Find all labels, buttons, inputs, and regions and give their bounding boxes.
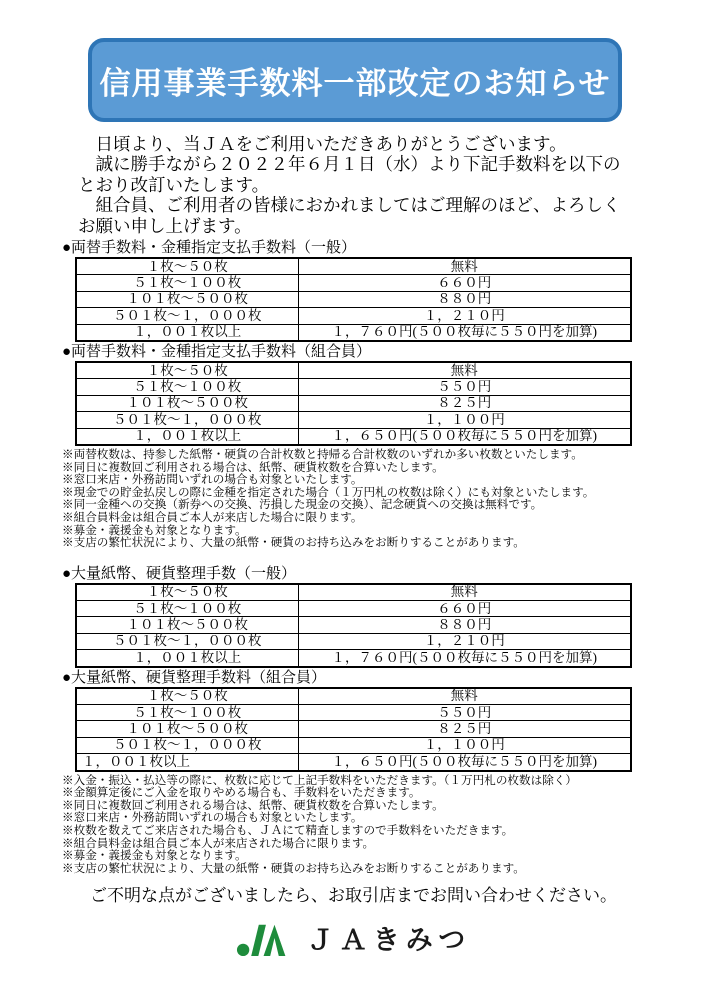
intro-line: 組合員、ご利用者の皆様におかれましてはご理解のほど、よろしく xyxy=(78,195,707,215)
intro-line: お願い申し上げます。 xyxy=(78,216,707,236)
fee-cell: １，２１０円 xyxy=(298,308,631,324)
range-cell: １０１枚～５００枚 xyxy=(76,721,298,737)
range-cell: １，００１枚以上 xyxy=(76,650,298,667)
range-cell: ５０１枚～１，０００枚 xyxy=(76,412,298,428)
intro-line: 日頃より、当ＪＡをご利用いただきありがとうございます。 xyxy=(78,134,707,154)
range-cell: １枚～５０枚 xyxy=(76,688,298,705)
fee-cell: １，６５０円(５００枚毎に５５０円を加算) xyxy=(298,754,631,771)
section-heading-exchange-general: ●両替手数料・金種指定支払手数料（一般） xyxy=(62,240,707,256)
fee-cell: １，７６０円(５００枚毎に５５０円を加算) xyxy=(298,650,631,667)
fee-table-exchange-member: １枚～５０枚 無料 ５１枚～１００枚 ５５０円 １０１枚～５００枚 ８２５円 ５… xyxy=(75,361,632,446)
table-row: １，００１枚以上 １，６５０円(５００枚毎に５５０円を加算) xyxy=(76,428,631,445)
section-heading-bulk-general: ●大量紙幣、硬貨整理手数（一般） xyxy=(62,566,707,582)
notes-exchange: ※両替枚数は、持参した紙幣・硬貨の合計枚数と持帰る合計枚数のいずれか多い枚数とい… xyxy=(62,449,707,550)
range-cell: ５０１枚～１，０００枚 xyxy=(76,633,298,649)
fee-cell: １，２１０円 xyxy=(298,633,631,649)
fee-cell: 無料 xyxy=(298,584,631,601)
range-cell: １０１枚～５００枚 xyxy=(76,395,298,411)
fee-cell: １，７６０円(５００枚毎に５５０円を加算) xyxy=(298,324,631,341)
note-line: ※窓口来店・外務訪問いずれの場合も対象といたします。 xyxy=(62,474,707,487)
page-title: 信用事業手数料一部改定のお知らせ xyxy=(99,58,610,103)
table-row: １枚～５０枚 無料 xyxy=(76,362,631,379)
note-line: ※支店の繁忙状況により、大量の紙幣・硬貨のお持ち込みをお断りすることがあります。 xyxy=(62,537,707,550)
range-cell: １，００１枚以上 xyxy=(76,324,298,341)
fee-cell: 無料 xyxy=(298,362,631,379)
note-line: ※枚数を数えてご来店された場合も、ＪＡにて精査しますので手数料をいただきます。 xyxy=(62,825,707,838)
table-row: ５０１枚～１，０００枚 １，１００円 xyxy=(76,737,631,753)
range-cell: １枚～５０枚 xyxy=(76,584,298,601)
fee-cell: １，６５０円(５００枚毎に５５０円を加算) xyxy=(298,428,631,445)
closing-line: ご不明な点がございましたら、お取引店までお問い合わせください。 xyxy=(0,885,707,906)
note-line: ※両替枚数は、持参した紙幣・硬貨の合計枚数と持帰る合計枚数のいずれか多い枚数とい… xyxy=(62,449,707,462)
table-row: １枚～５０枚 無料 xyxy=(76,258,631,275)
table-row: １，００１枚以上 １，７６０円(５００枚毎に５５０円を加算) xyxy=(76,650,631,667)
fee-table-bulk-member: １枚～５０枚 無料 ５１枚～１００枚 ５５０円 １０１枚～５００枚 ８２５円 ５… xyxy=(75,687,632,772)
note-line: ※支店の繁忙状況により、大量の紙幣・硬貨のお持ち込みをお断りすることがあります。 xyxy=(62,863,707,876)
range-cell: １０１枚～５００枚 xyxy=(76,617,298,633)
table-row: １，００１枚以上 １，７６０円(５００枚毎に５５０円を加算) xyxy=(76,324,631,341)
note-line: ※金額算定後にご入金を取りやめる場合も、手数料をいただきます。 xyxy=(62,787,707,800)
fee-cell: 無料 xyxy=(298,688,631,705)
range-cell: ５０１枚～１，０００枚 xyxy=(76,308,298,324)
fee-cell: ６６０円 xyxy=(298,275,631,291)
range-cell: １０１枚～５００枚 xyxy=(76,291,298,307)
table-row: １０１枚～５００枚 ８８０円 xyxy=(76,291,631,307)
section-heading-exchange-member: ●両替手数料・金種指定支払手数料（組合員） xyxy=(62,344,707,360)
table-row: ５０１枚～１，０００枚 １，１００円 xyxy=(76,412,631,428)
fee-table-exchange-general: １枚～５０枚 無料 ５１枚～１００枚 ６６０円 １０１枚～５００枚 ８８０円 ５… xyxy=(75,257,632,342)
fee-cell: ５５０円 xyxy=(298,379,631,395)
range-cell: １枚～５０枚 xyxy=(76,258,298,275)
table-row: １枚～５０枚 無料 xyxy=(76,688,631,705)
document-page: 信用事業手数料一部改定のお知らせ 日頃より、当ＪＡをご利用いただきありがとうござ… xyxy=(0,0,707,1000)
range-cell: １，００１枚以上 xyxy=(76,754,298,771)
table-row: １０１枚～５００枚 ８２５円 xyxy=(76,721,631,737)
fee-cell: ８２５円 xyxy=(298,395,631,411)
fee-cell: ８８０円 xyxy=(298,617,631,633)
note-line: ※組合員料金は組合員ご本人が来店した場合に限ります。 xyxy=(62,512,707,525)
notes-bulk: ※入金・振込・払込等の際に、枚数に応じて上記手数料をいただきます。（１万円札の枚… xyxy=(62,775,707,876)
intro-paragraph: 日頃より、当ＪＡをご利用いただきありがとうございます。 誠に勝手ながら２０２２年… xyxy=(78,134,707,236)
intro-line: とおり改訂いたします。 xyxy=(78,175,707,195)
table-row: １，００１枚以上 １，６５０円(５００枚毎に５５０円を加算) xyxy=(76,754,631,771)
table-row: ５１枚～１００枚 ５５０円 xyxy=(76,705,631,721)
range-cell: ５０１枚～１，０００枚 xyxy=(76,737,298,753)
range-cell: １，００１枚以上 xyxy=(76,428,298,445)
table-row: １０１枚～５００枚 ８８０円 xyxy=(76,617,631,633)
range-cell: ５１枚～１００枚 xyxy=(76,601,298,617)
intro-line: 誠に勝手ながら２０２２年６月１日（水）より下記手数料を以下の xyxy=(78,154,707,174)
fee-cell: １，１００円 xyxy=(298,412,631,428)
note-line: ※募金・義援金も対象となります。 xyxy=(62,850,707,863)
fee-cell: ６６０円 xyxy=(298,601,631,617)
fee-cell: ８２５円 xyxy=(298,721,631,737)
section-heading-bulk-member: ●大量紙幣、硬貨整理手数料（組合員） xyxy=(62,670,707,686)
ja-logo-icon xyxy=(236,919,293,957)
range-cell: １枚～５０枚 xyxy=(76,362,298,379)
fee-table-bulk-general: １枚～５０枚 無料 ５１枚～１００枚 ６６０円 １０１枚～５００枚 ８８０円 ５… xyxy=(75,583,632,668)
fee-cell: ８８０円 xyxy=(298,291,631,307)
range-cell: ５１枚～１００枚 xyxy=(76,705,298,721)
table-row: １枚～５０枚 無料 xyxy=(76,584,631,601)
table-row: ５１枚～１００枚 ６６０円 xyxy=(76,601,631,617)
title-banner: 信用事業手数料一部改定のお知らせ xyxy=(88,38,622,122)
table-row: １０１枚～５００枚 ８２５円 xyxy=(76,395,631,411)
table-row: ５０１枚～１，０００枚 １，２１０円 xyxy=(76,633,631,649)
fee-cell: １，１００円 xyxy=(298,737,631,753)
fee-cell: ５５０円 xyxy=(298,705,631,721)
table-row: ５１枚～１００枚 ５５０円 xyxy=(76,379,631,395)
table-row: ５０１枚～１，０００枚 １，２１０円 xyxy=(76,308,631,324)
brand-name: ＪＡきみつ xyxy=(307,918,471,957)
range-cell: ５１枚～１００枚 xyxy=(76,275,298,291)
table-row: ５１枚～１００枚 ６６０円 xyxy=(76,275,631,291)
range-cell: ５１枚～１００枚 xyxy=(76,379,298,395)
footer: ＪＡきみつ xyxy=(0,918,707,957)
fee-cell: 無料 xyxy=(298,258,631,275)
